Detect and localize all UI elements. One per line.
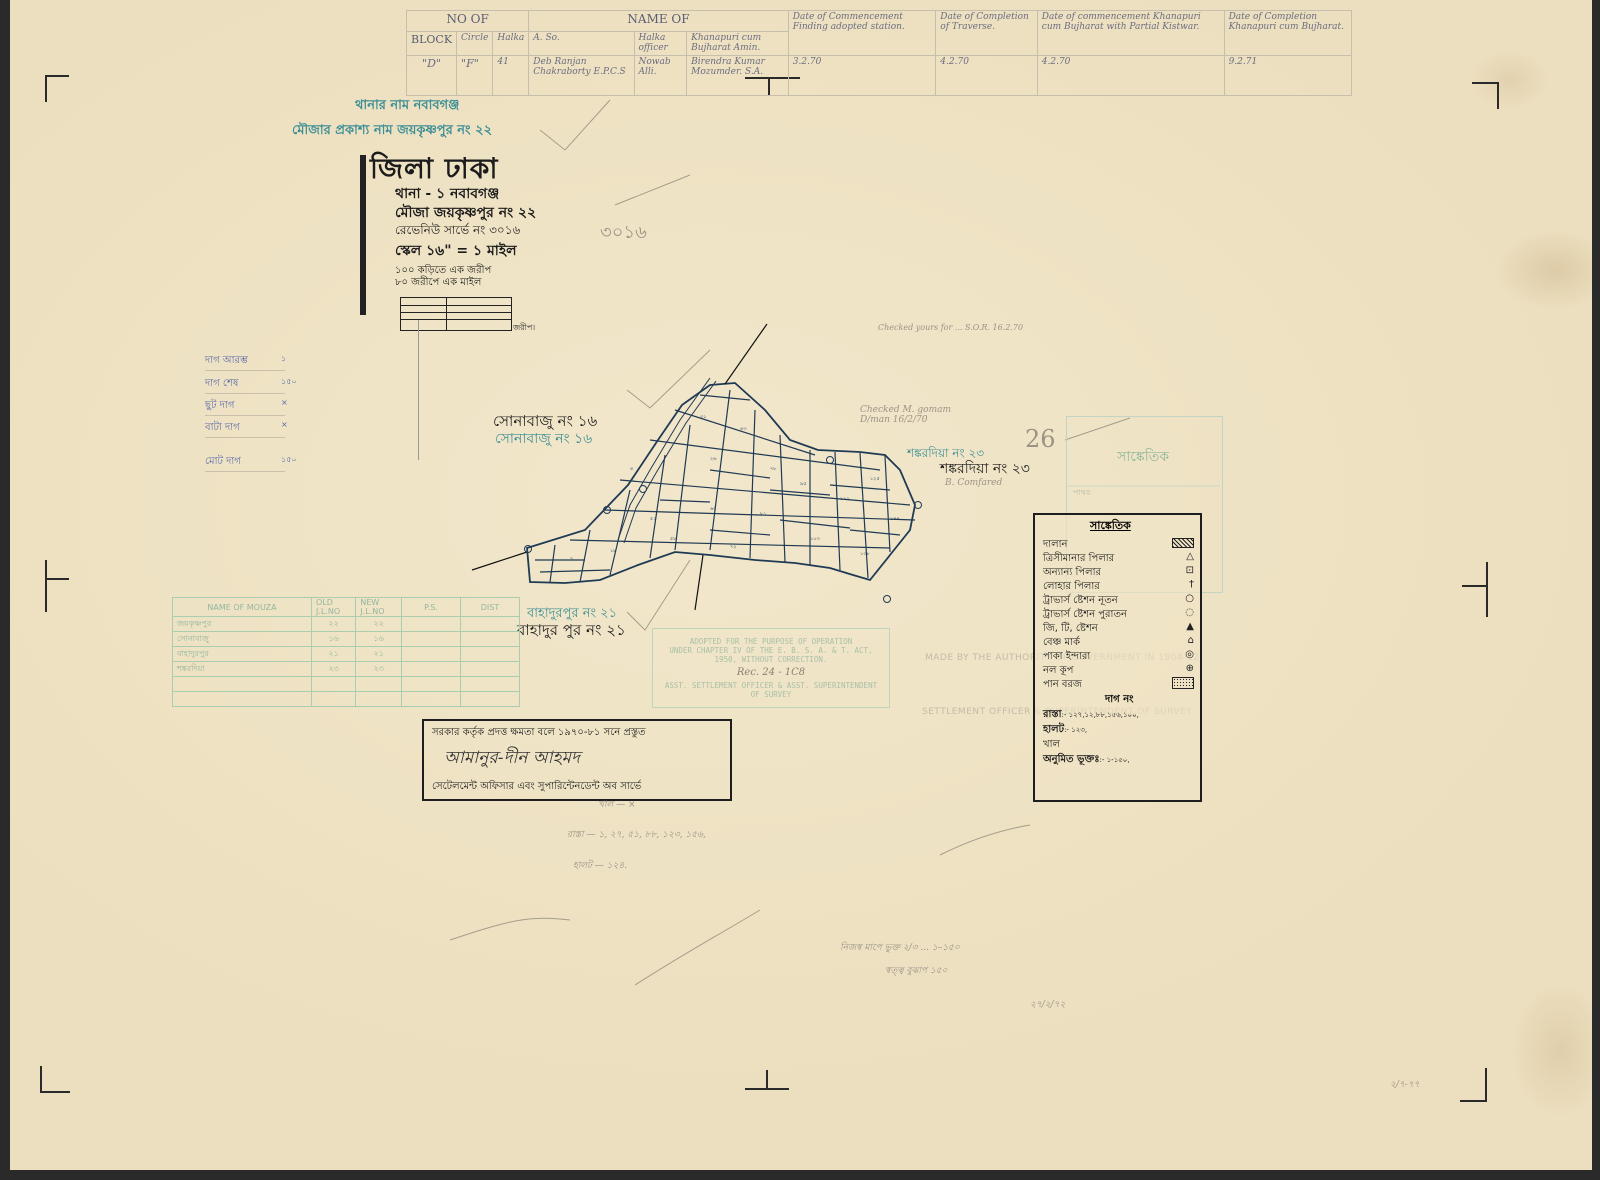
cell bbox=[402, 677, 461, 692]
cell bbox=[461, 677, 520, 692]
pencil-note-ownership: স্বত্ত্ব বুঝাপ ১৫০ bbox=[885, 963, 947, 978]
stamp-line: OF SURVEY bbox=[653, 690, 889, 699]
stamp-line: UNDER CHAPTER IV OF THE E. B. S. A. & T.… bbox=[653, 646, 889, 655]
dotted-circle-icon: ◌ bbox=[1185, 607, 1194, 618]
value: :- ১২৩, bbox=[1064, 726, 1087, 734]
hatched-rect-icon bbox=[1172, 538, 1194, 548]
pencil-note-checked-sor: Checked yours for ... S.O.R. 16.2.70 bbox=[878, 323, 1048, 332]
adopted-stamp: ADOPTED FOR THE PURPOSE OF OPERATION UND… bbox=[652, 628, 890, 708]
pencil-note-road: রাস্তা — ১, ২৭, ৫১, ৮৮, ১২৩, ১৫৬, bbox=[567, 827, 706, 842]
legend-box: সাঙ্কেতিক দালান ত্রিসীমানার পিলার △ অন্য… bbox=[1033, 513, 1202, 802]
dotted-square-icon: ⊡ bbox=[1186, 565, 1194, 576]
table-row: জয়কৃষ্ণপুর২২২২ bbox=[173, 617, 520, 632]
cell bbox=[402, 647, 461, 662]
ghost-legend-row: পাথর bbox=[1073, 487, 1090, 500]
cell bbox=[356, 692, 402, 707]
table-row: বাহাদুরপুর২১২১ bbox=[173, 647, 520, 662]
cell: ১৬ bbox=[312, 632, 356, 647]
pencil-note-date: ২৭/২/৭২ bbox=[1030, 997, 1065, 1012]
officer-signature: আমানুর-দীন আহমদ bbox=[444, 745, 580, 773]
svg-text:৬৫: ৬৫ bbox=[710, 506, 717, 512]
svg-text:১৪৪: ১৪৪ bbox=[890, 516, 900, 522]
bench-mark-icon: ⌂ bbox=[1188, 635, 1194, 646]
value: :- ১-১৫০, bbox=[1100, 756, 1130, 764]
svg-text:১২৫: ১২৫ bbox=[870, 476, 880, 482]
cell bbox=[402, 692, 461, 707]
sig-heading: সরকার কর্তৃক প্রদত্ত ক্ষমতা বলে ১৯৭০-৮১ … bbox=[432, 725, 646, 742]
label: অনুমিত ভূক্তঃ bbox=[1043, 754, 1100, 765]
cell: ২১ bbox=[356, 647, 402, 662]
cell: ২২ bbox=[356, 617, 402, 632]
cell: ২১ bbox=[312, 647, 356, 662]
ghost-legend-title: সাঙ্কেতিক bbox=[1117, 445, 1169, 469]
dagger-icon: † bbox=[1189, 579, 1194, 590]
cell bbox=[461, 647, 520, 662]
stamp-line: ADOPTED FOR THE PURPOSE OF OPERATION bbox=[653, 637, 889, 646]
sig-footer: সেটেলমেন্ট অফিসার এবং সুপারিন্টেনডেন্ট অ… bbox=[432, 779, 641, 796]
header-old-jl: OLD J.L.NO bbox=[312, 598, 356, 617]
label: হালট bbox=[1043, 724, 1064, 735]
cell bbox=[461, 632, 520, 647]
legend-item-betel-garden: পান বরজ bbox=[1043, 677, 1082, 694]
cell: বাহাদুরপুর bbox=[173, 647, 312, 662]
cell bbox=[461, 662, 520, 677]
svg-text:৮১: ৮১ bbox=[760, 511, 767, 517]
cell bbox=[461, 692, 520, 707]
cell bbox=[402, 632, 461, 647]
header-dist: DIST bbox=[461, 598, 520, 617]
pencil-note-checked: Checked M. gomam D/man 16/2/70 bbox=[860, 405, 980, 425]
cell: ১৬ bbox=[356, 632, 402, 647]
svg-text:৩১: ৩১ bbox=[700, 414, 707, 420]
mouza-parcel-map: ৩১৪৩২৬ ৭৮৯৫১১২ ১২৫৫২৬৫ ৮১১০৩১৩৮ ৭১৮১৪৪ ৪… bbox=[10, 0, 1592, 1170]
svg-text:১১২: ১১২ bbox=[840, 496, 850, 502]
pencil-note-halot: হালট — ১২৪. bbox=[573, 858, 627, 873]
cell bbox=[312, 692, 356, 707]
header-new-jl: NEW J.L.NO bbox=[356, 598, 402, 617]
svg-text:১৮: ১৮ bbox=[610, 548, 617, 554]
svg-text:৭২: ৭২ bbox=[730, 544, 737, 550]
cell: ২৩ bbox=[356, 662, 402, 677]
stamp-line: 1950, WITHOUT CORRECTION. bbox=[653, 655, 889, 664]
cell bbox=[402, 617, 461, 632]
value: :- ১২৭,১২,৮৮,১৫৬,১০০, bbox=[1062, 711, 1139, 719]
svg-text:৯৫: ৯৫ bbox=[800, 481, 807, 487]
svg-text:৫৮: ৫৮ bbox=[670, 536, 677, 542]
svg-text:১৩৮: ১৩৮ bbox=[860, 551, 870, 557]
triangle-icon: △ bbox=[1186, 551, 1194, 562]
circle-icon: ○ bbox=[1185, 593, 1194, 604]
circled-plus-icon: ⊕ bbox=[1186, 663, 1194, 674]
cell bbox=[461, 617, 520, 632]
cell: ২৩ bbox=[312, 662, 356, 677]
cell: জয়কৃষ্ণপুর bbox=[173, 617, 312, 632]
pencil-note-canal: খাল — × bbox=[598, 797, 636, 812]
stamp-signature: Rec. 24 - 1C8 bbox=[653, 667, 889, 678]
cell bbox=[173, 692, 312, 707]
cell bbox=[173, 677, 312, 692]
svg-text:৪: ৪ bbox=[630, 466, 633, 472]
table-row: শঙ্করদিয়া২৩২৩ bbox=[173, 662, 520, 677]
table-row bbox=[173, 677, 520, 692]
pencil-note-measure: নিজস্ব মাপে ভুক্ত ২/৩ ... ১–১৫০ bbox=[840, 940, 960, 955]
cell: শঙ্করদিয়া bbox=[173, 662, 312, 677]
stamp-line: ASST. SETTLEMENT OFFICER & ASST. SUPERIN… bbox=[653, 681, 889, 690]
svg-text:৪৩: ৪৩ bbox=[740, 426, 747, 432]
svg-text:৭৮: ৭৮ bbox=[770, 466, 777, 472]
svg-text:৫২: ৫২ bbox=[650, 516, 657, 522]
cell bbox=[356, 677, 402, 692]
table-row: সোনাবাজু১৬১৬ bbox=[173, 632, 520, 647]
map-sheet: NO OF NAME OF Date of Commencement Findi… bbox=[10, 0, 1592, 1170]
svg-text:৭: ৭ bbox=[570, 556, 573, 562]
header-ps: P.S. bbox=[402, 598, 461, 617]
header-mouza-name: NAME OF MOUZA bbox=[173, 598, 312, 617]
table-row bbox=[173, 692, 520, 707]
svg-text:২৬: ২৬ bbox=[710, 456, 717, 462]
filled-triangle-icon: ▲ bbox=[1186, 621, 1194, 632]
legend-title: সাঙ্কেতিক bbox=[1090, 517, 1131, 536]
pencil-note-compared: B. Comfared bbox=[945, 478, 1002, 488]
mouza-reference-table: NAME OF MOUZA OLD J.L.NO NEW J.L.NO P.S.… bbox=[172, 597, 520, 707]
cell: ২২ bbox=[312, 617, 356, 632]
label: রাস্তা bbox=[1043, 709, 1062, 720]
pencil-note-bottom-right: ২/৭-৭৭ bbox=[1390, 1077, 1419, 1092]
dotted-rect-icon bbox=[1172, 677, 1194, 689]
bullseye-icon: ◎ bbox=[1185, 649, 1194, 660]
legend-plot-assumed: অনুমিত ভূক্তঃ:- ১-১৫০, bbox=[1043, 752, 1130, 769]
cell: সোনাবাজু bbox=[173, 632, 312, 647]
settlement-signature-box: সরকার কর্তৃক প্রদত্ত ক্ষমতা বলে ১৯৭০-৮১ … bbox=[422, 719, 732, 801]
cell bbox=[402, 662, 461, 677]
cell bbox=[312, 677, 356, 692]
svg-text:১০৩: ১০৩ bbox=[810, 536, 820, 542]
